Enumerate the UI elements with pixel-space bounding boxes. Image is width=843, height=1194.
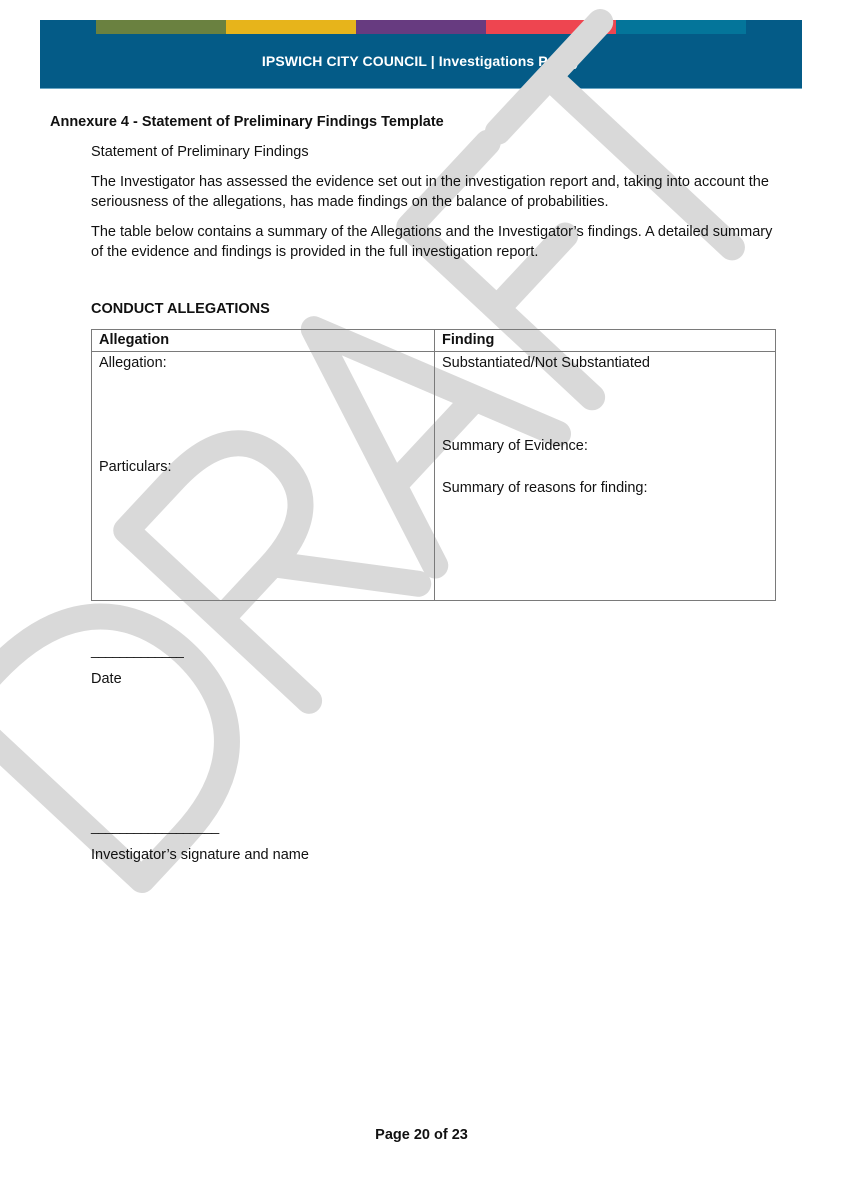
column-header-allegation: Allegation: [92, 330, 435, 352]
page-number: Page 20 of 23: [0, 1127, 843, 1143]
conduct-allegations-heading: CONDUCT ALLEGATIONS: [91, 301, 270, 317]
allegation-cell[interactable]: Allegation: Particulars:: [92, 352, 435, 601]
findings-table: Allegation Finding Allegation: Particula…: [91, 329, 776, 601]
particulars-label: Particulars:: [99, 457, 172, 477]
table-header-row: Allegation Finding: [92, 330, 776, 352]
summary-of-reasons-label: Summary of reasons for finding:: [442, 478, 648, 498]
finding-cell[interactable]: Substantiated/Not Substantiated Summary …: [435, 352, 776, 601]
allegation-label: Allegation:: [99, 353, 167, 373]
date-label: Date: [91, 671, 122, 687]
statement-subtitle: Statement of Preliminary Findings: [91, 144, 309, 160]
finding-status: Substantiated/Not Substantiated: [442, 353, 650, 373]
signature-label: Investigator’s signature and name: [91, 847, 309, 863]
intro-paragraph-2: The table below contains a summary of th…: [91, 222, 781, 262]
signature-line[interactable]: __________________: [91, 819, 218, 835]
column-header-finding: Finding: [435, 330, 776, 352]
table-row: Allegation: Particulars: Substantiated/N…: [92, 352, 776, 601]
date-line[interactable]: _____________: [91, 643, 183, 659]
annexure-title: Annexure 4 - Statement of Preliminary Fi…: [50, 114, 444, 130]
intro-paragraph-1: The Investigator has assessed the eviden…: [91, 172, 781, 212]
summary-of-evidence-label: Summary of Evidence:: [442, 436, 588, 456]
